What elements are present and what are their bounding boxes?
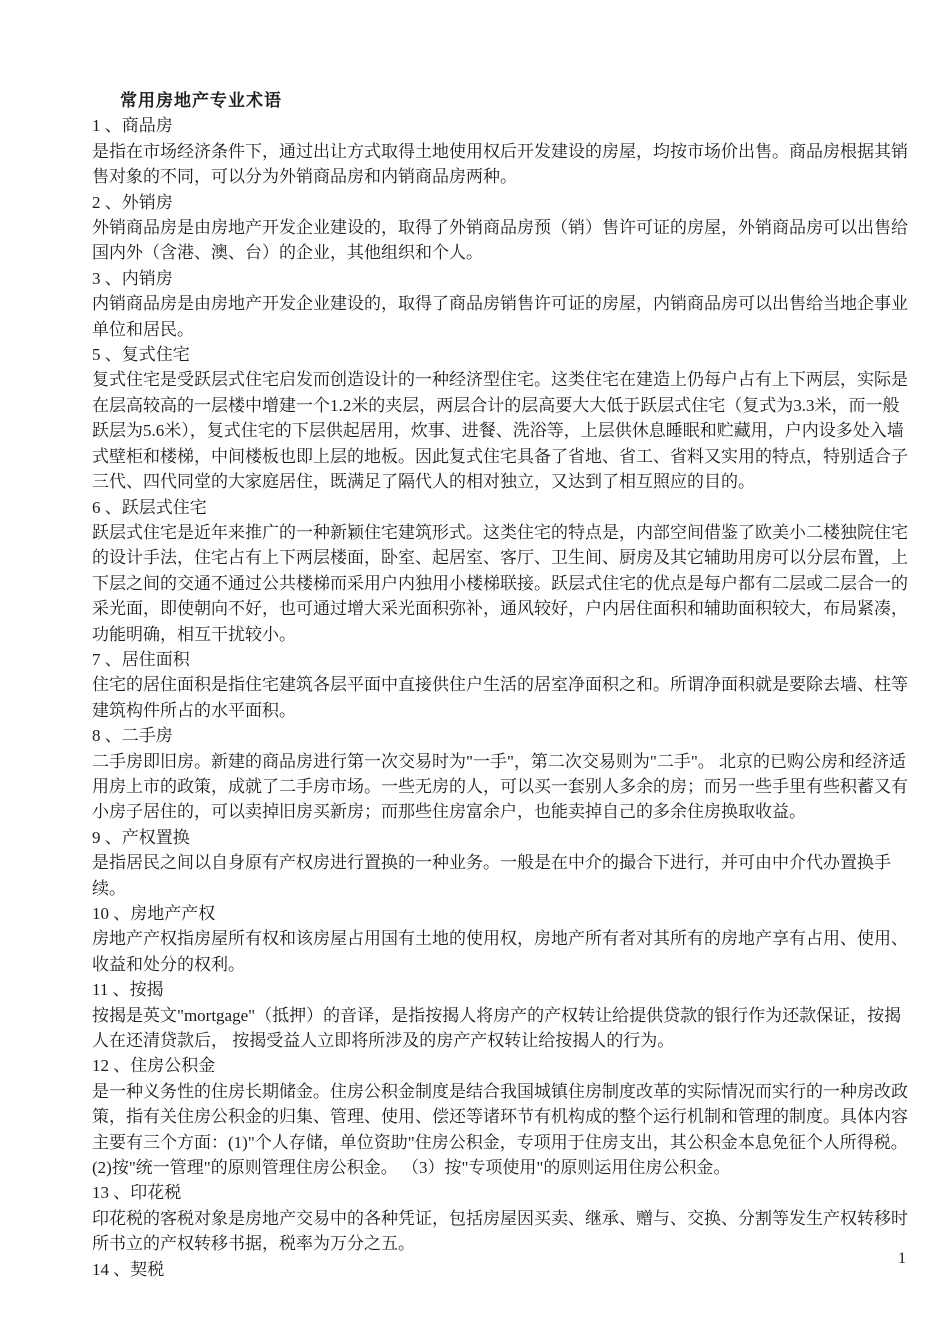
term-definition: 是指居民之间以自身原有产权房进行置换的一种业务。一般是在中介的撮合下进行，并可由…: [92, 850, 908, 901]
term-heading: 5 、复式住宅: [92, 342, 908, 367]
term-definition: 住宅的居住面积是指住宅建筑各层平面中直接供住户生活的居室净面积之和。所谓净面积就…: [92, 672, 908, 723]
term-heading: 8 、二手房: [92, 723, 908, 748]
term-definition: 跃层式住宅是近年来推广的一种新颖住宅建筑形式。这类住宅的特点是，内部空间借鉴了欧…: [92, 520, 908, 647]
term-section-14: 14 、契税: [92, 1257, 908, 1282]
term-heading: 2 、外销房: [92, 190, 908, 215]
term-heading: 9 、产权置换: [92, 825, 908, 850]
term-section-10: 10 、房地产产权 房地产产权指房屋所有权和该房屋占用国有土地的使用权，房地产所…: [92, 901, 908, 977]
term-section-13: 13 、印花税 印花税的客税对象是房地产交易中的各种凭证，包括房屋因买卖、继承、…: [92, 1180, 908, 1256]
term-definition: 内销商品房是由房地产开发企业建设的，取得了商品房销售许可证的房屋，内销商品房可以…: [92, 291, 908, 342]
term-heading: 1 、商品房: [92, 113, 908, 138]
term-section-11: 11 、按揭 按揭是英文"mortgage"（抵押）的音译，是指按揭人将房产的产…: [92, 977, 908, 1053]
term-heading: 12 、住房公积金: [92, 1053, 908, 1078]
term-section-5: 5 、复式住宅 复式住宅是受跃层式住宅启发而创造设计的一种经济型住宅。这类住宅在…: [92, 342, 908, 494]
term-section-9: 9 、产权置换 是指居民之间以自身原有产权房进行置换的一种业务。一般是在中介的撮…: [92, 825, 908, 901]
term-definition: 是一种义务性的住房长期储金。住房公积金制度是结合我国城镇住房制度改革的实际情况而…: [92, 1079, 908, 1181]
term-heading: 14 、契税: [92, 1257, 908, 1282]
term-section-2: 2 、外销房 外销商品房是由房地产开发企业建设的，取得了外销商品房预（销）售许可…: [92, 190, 908, 266]
term-definition: 外销商品房是由房地产开发企业建设的，取得了外销商品房预（销）售许可证的房屋，外销…: [92, 215, 908, 266]
term-heading: 11 、按揭: [92, 977, 908, 1002]
term-heading: 7 、居住面积: [92, 647, 908, 672]
term-section-8: 8 、二手房 二手房即旧房。新建的商品房进行第一次交易时为"一手"，第二次交易则…: [92, 723, 908, 825]
term-definition: 二手房即旧房。新建的商品房进行第一次交易时为"一手"，第二次交易则为"二手"。 …: [92, 749, 908, 825]
term-heading: 3 、内销房: [92, 266, 908, 291]
term-heading: 13 、印花税: [92, 1180, 908, 1205]
term-heading: 10 、房地产产权: [92, 901, 908, 926]
term-section-12: 12 、住房公积金 是一种义务性的住房长期储金。住房公积金制度是结合我国城镇住房…: [92, 1053, 908, 1180]
term-definition: 按揭是英文"mortgage"（抵押）的音译，是指按揭人将房产的产权转让给提供贷…: [92, 1003, 908, 1054]
term-section-7: 7 、居住面积 住宅的居住面积是指住宅建筑各层平面中直接供住户生活的居室净面积之…: [92, 647, 908, 723]
term-section-3: 3 、内销房 内销商品房是由房地产开发企业建设的，取得了商品房销售许可证的房屋，…: [92, 266, 908, 342]
term-definition: 房地产产权指房屋所有权和该房屋占用国有土地的使用权，房地产所有者对其所有的房地产…: [92, 926, 908, 977]
page-number: 1: [898, 1246, 906, 1271]
term-section-6: 6 、跃层式住宅 跃层式住宅是近年来推广的一种新颖住宅建筑形式。这类住宅的特点是…: [92, 495, 908, 647]
term-definition: 是指在市场经济条件下，通过出让方式取得土地使用权后开发建设的房屋，均按市场价出售…: [92, 139, 908, 190]
document-title: 常用房地产专业术语: [92, 88, 908, 113]
term-definition: 印花税的客税对象是房地产交易中的各种凭证，包括房屋因买卖、继承、赠与、交换、分割…: [92, 1206, 908, 1257]
term-section-1: 1 、商品房 是指在市场经济条件下，通过出让方式取得土地使用权后开发建设的房屋，…: [92, 113, 908, 189]
document-page: 常用房地产专业术语 1 、商品房 是指在市场经济条件下，通过出让方式取得土地使用…: [0, 0, 950, 1344]
term-heading: 6 、跃层式住宅: [92, 495, 908, 520]
term-definition: 复式住宅是受跃层式住宅启发而创造设计的一种经济型住宅。这类住宅在建造上仍每户占有…: [92, 367, 908, 494]
